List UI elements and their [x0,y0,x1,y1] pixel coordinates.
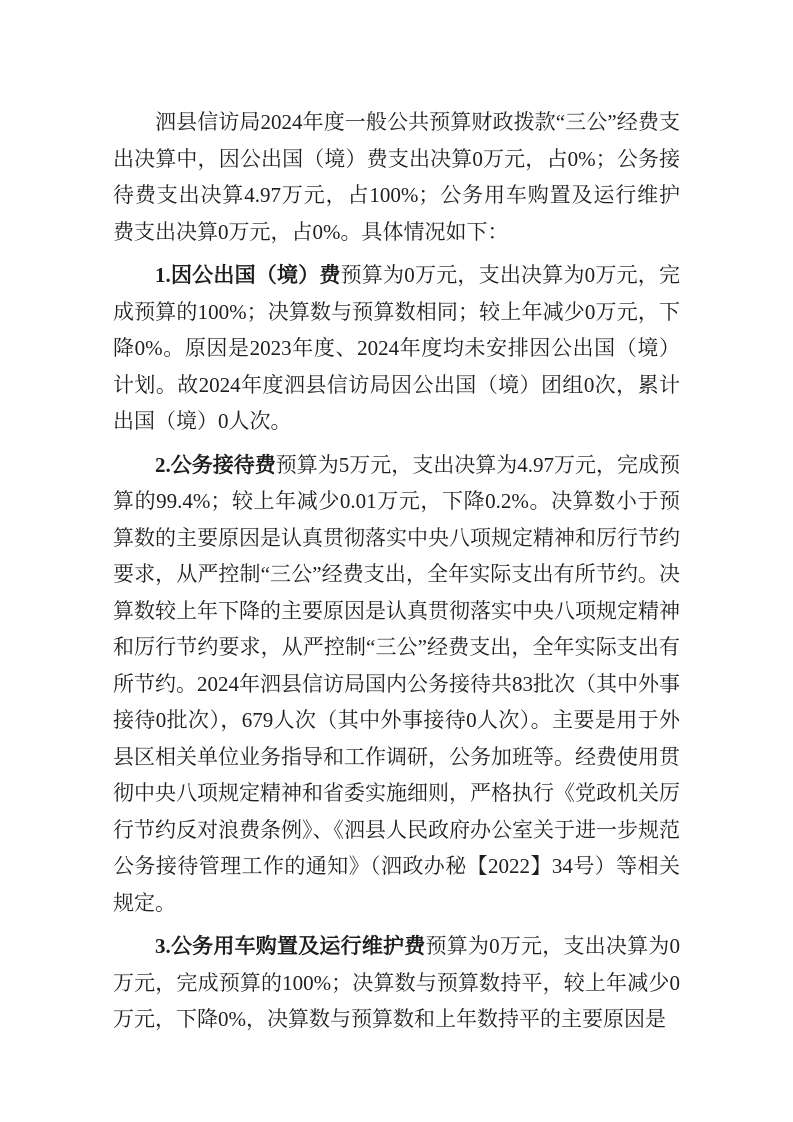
paragraph-text: 预算为5万元，支出决算为4.97万元，完成预算的99.4%；较上年减少0.01万… [113,453,680,915]
document-page: 泗县信访局2024年度一般公共预算财政拨款“三公”经费支出决算中，因公出国（境）… [0,0,793,1122]
paragraph-official-reception-expense: 2.公务接待费预算为5万元，支出决算为4.97万元，完成预算的99.4%；较上年… [113,447,680,922]
paragraph-outbound-travel-expense: 1.因公出国（境）费预算为0万元，支出决算为0万元，完成预算的100%；决算数与… [113,257,680,440]
section-1-heading: 1.因公出国（境）费 [155,263,341,287]
paragraph-text: 泗县信访局2024年度一般公共预算财政拨款“三公”经费支出决算中，因公出国（境）… [113,110,680,244]
section-2-heading: 2.公务接待费 [155,453,276,477]
paragraph-text: 预算为0万元，支出决算为0万元，完成预算的100%；决算数与预算数相同；较上年减… [113,263,680,433]
section-3-heading: 3.公务用车购置及运行维护费 [155,934,425,958]
paragraph-three-public-summary: 泗县信访局2024年度一般公共预算财政拨款“三公”经费支出决算中，因公出国（境）… [113,104,680,250]
paragraph-official-vehicle-expense: 3.公务用车购置及运行维护费预算为0万元，支出决算为0万元，完成预算的100%；… [113,928,680,1038]
